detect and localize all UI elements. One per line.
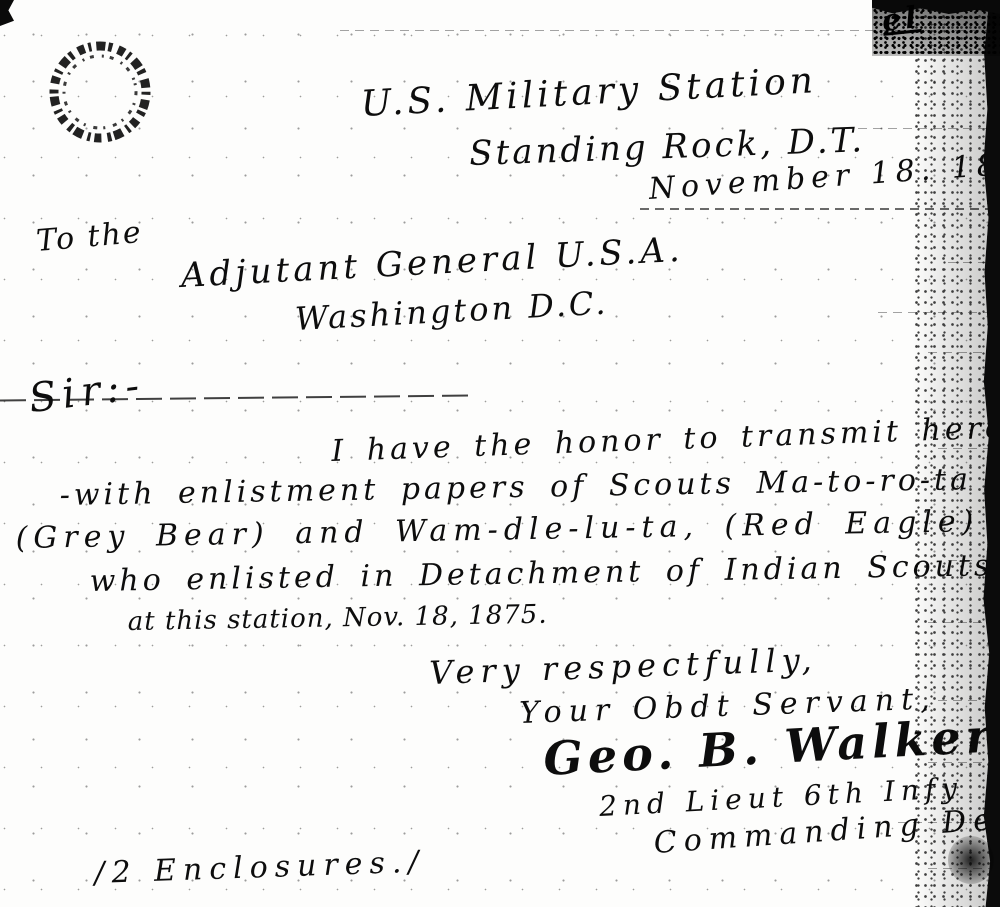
body-line: -with enlistment papers of Scouts Ma-to-… <box>59 462 972 513</box>
body-line: I have the honor to transmit here- <box>331 410 1000 469</box>
corner-mark-top-left <box>0 0 14 26</box>
body-line: at this station, Nov. 18, 1875. <box>127 600 547 637</box>
letterhead-station: U.S. Military Station <box>360 60 818 125</box>
recipient-to-the: To the <box>35 215 144 259</box>
corner-blotch-top-right: el <box>872 0 1000 56</box>
stamp-ring-icon <box>37 29 163 155</box>
body-line: who enlisted in Detachment of Indian Sco… <box>89 548 993 599</box>
recipient-city: Washington D.C. <box>294 284 609 338</box>
salutation: Sir:- <box>26 362 147 422</box>
corner-blotch-bottom-right <box>948 836 994 884</box>
recipient-adjutant-general: Adjutant General U.S.A. <box>180 230 685 296</box>
enclosures-note: /2 Enclosures./ <box>94 844 426 891</box>
scanned-letter-page: U.S. Military Station Standing Rock, D.T… <box>0 0 1000 907</box>
corner-mark: el <box>880 0 922 39</box>
closing-respectfully: Very respectfully, <box>429 640 819 692</box>
circular-stamp <box>37 29 163 155</box>
body-line: (Grey Bear) and Wam-dle-lu-ta, (Red Eagl… <box>15 504 979 556</box>
